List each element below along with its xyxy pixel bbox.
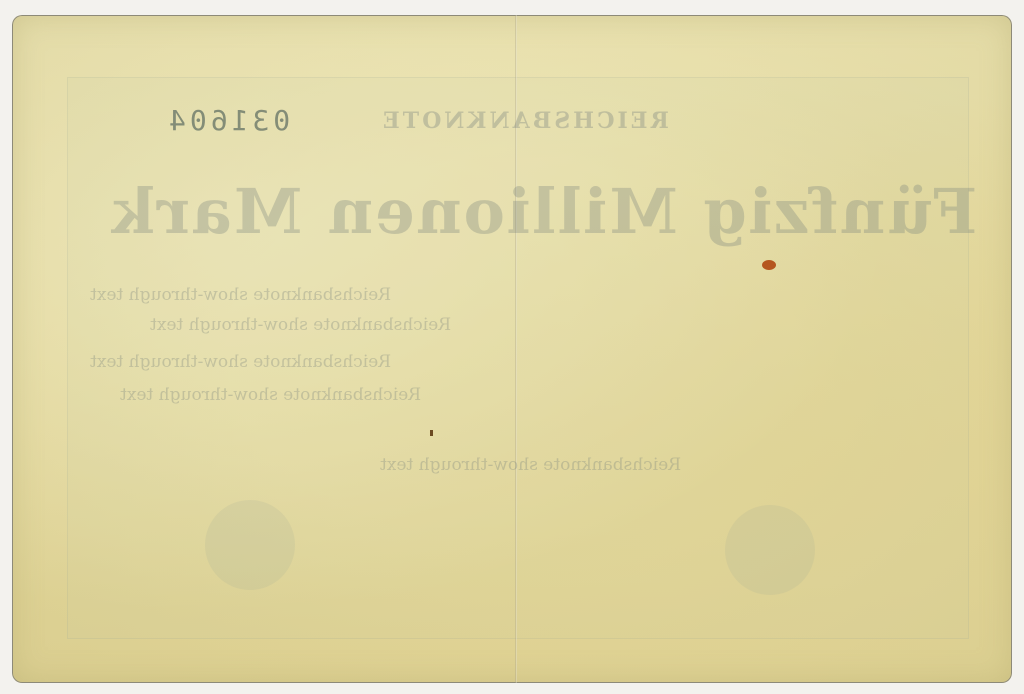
body-line: Reichsbanknote show-through text <box>120 385 421 405</box>
seal-right <box>725 505 815 595</box>
header-text: REICHSBANKNOTE <box>380 108 669 134</box>
rust-stain <box>762 260 776 270</box>
body-line: Reichsbanknote show-through text <box>150 315 451 335</box>
body-line: Reichsbanknote show-through text <box>90 352 391 372</box>
seal-left <box>205 500 295 590</box>
denomination-text: Fünfzig Millionen Mark <box>110 175 977 248</box>
body-line: Reichsbanknote show-through text <box>380 455 681 475</box>
serial-number: 031604 <box>165 104 290 137</box>
dirt-mark <box>430 430 433 436</box>
body-line: Reichsbanknote show-through text <box>90 285 391 305</box>
